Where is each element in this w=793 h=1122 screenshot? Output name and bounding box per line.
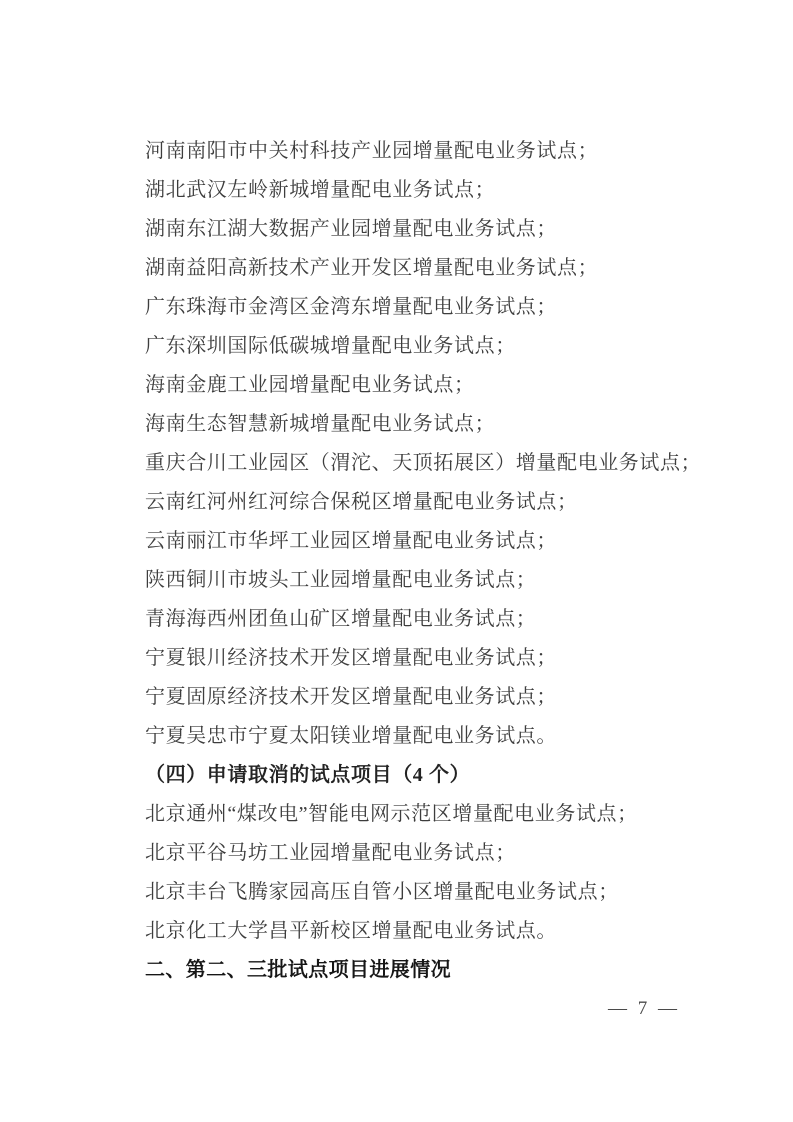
cancelled-project-line: 北京通州“煤改电”智能电网示范区增量配电业务试点； xyxy=(145,795,733,834)
pilot-project-line: 宁夏银川经济技术开发区增量配电业务试点； xyxy=(145,639,733,678)
page-number: — 7 — xyxy=(608,998,680,1020)
pilot-project-line: 河南南阳市中关村科技产业园增量配电业务试点； xyxy=(145,132,733,171)
pilot-project-line: 宁夏固原经济技术开发区增量配电业务试点； xyxy=(145,678,733,717)
pilot-project-line: 海南生态智慧新城增量配电业务试点； xyxy=(145,405,733,444)
cancelled-project-line: 北京化工大学昌平新校区增量配电业务试点。 xyxy=(145,912,733,951)
pilot-project-line: 广东深圳国际低碳城增量配电业务试点； xyxy=(145,327,733,366)
pilot-project-line: 陕西铜川市坡头工业园增量配电业务试点； xyxy=(145,561,733,600)
pilot-project-line: 宁夏吴忠市宁夏太阳镁业增量配电业务试点。 xyxy=(145,717,733,756)
pilot-project-line: 湖南东江湖大数据产业园增量配电业务试点； xyxy=(145,210,733,249)
pilot-project-line: 湖南益阳高新技术产业开发区增量配电业务试点； xyxy=(145,249,733,288)
pilot-project-line: 云南红河州红河综合保税区增量配电业务试点； xyxy=(145,483,733,522)
pilot-project-line: 青海海西州团鱼山矿区增量配电业务试点； xyxy=(145,600,733,639)
section-heading-cancelled-projects: （四）申请取消的试点项目（4 个） xyxy=(145,756,733,795)
chapter-heading-progress: 二、第二、三批试点项目进展情况 xyxy=(145,951,733,990)
pilot-project-line: 重庆合川工业园区（渭沱、天顶拓展区）增量配电业务试点； xyxy=(145,444,733,483)
pilot-project-line: 海南金鹿工业园增量配电业务试点； xyxy=(145,366,733,405)
pilot-project-line: 云南丽江市华坪工业园区增量配电业务试点； xyxy=(145,522,733,561)
pilot-project-line: 湖北武汉左岭新城增量配电业务试点； xyxy=(145,171,733,210)
document-page: 河南南阳市中关村科技产业园增量配电业务试点； 湖北武汉左岭新城增量配电业务试点；… xyxy=(0,0,793,1122)
cancelled-project-line: 北京平谷马坊工业园增量配电业务试点； xyxy=(145,834,733,873)
pilot-project-line: 广东珠海市金湾区金湾东增量配电业务试点； xyxy=(145,288,733,327)
cancelled-project-line: 北京丰台飞腾家园高压自管小区增量配电业务试点； xyxy=(145,873,733,912)
document-body: 河南南阳市中关村科技产业园增量配电业务试点； 湖北武汉左岭新城增量配电业务试点；… xyxy=(145,132,733,990)
